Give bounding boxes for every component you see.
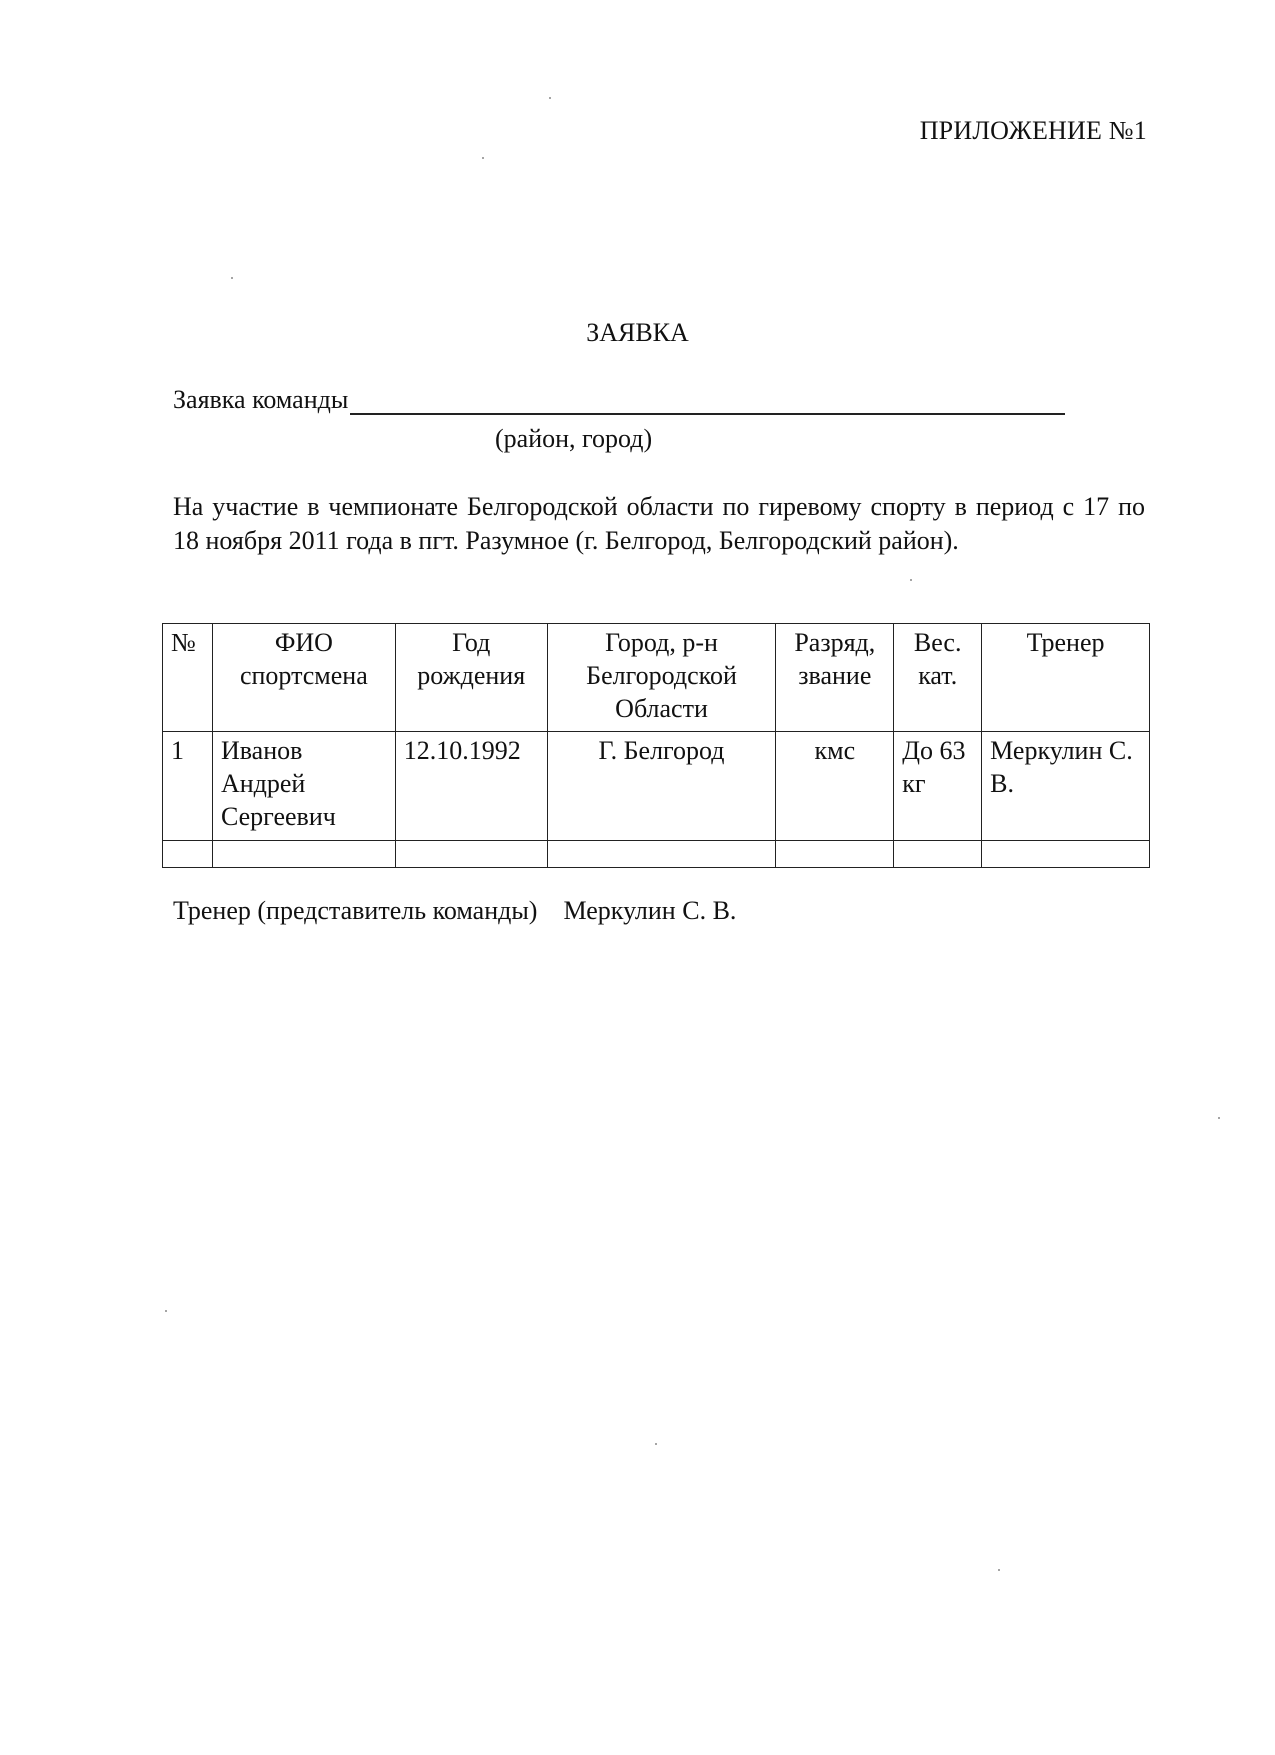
cell-rank [776,841,894,868]
cell-city: Г. Белгород [547,732,776,841]
scan-speck [910,579,912,581]
cell-rank: кмс [776,732,894,841]
header-birth-date: Год рождения [395,624,547,732]
cell-name [212,841,395,868]
header-city: Город, р-н Белгородской Области [547,624,776,732]
cell-coach [982,841,1150,868]
header-rank: Разряд, звание [776,624,894,732]
cell-coach: Меркулин С. В. [982,732,1150,841]
footer-value: Меркулин С. В. [563,896,736,925]
scan-speck [231,277,233,279]
scan-speck [549,97,551,99]
table-row [163,841,1150,868]
header-weight-class: Вес. кат. [894,624,982,732]
scan-speck [1218,1117,1220,1119]
cell-name: Иванов Андрей Сергеевич [212,732,395,841]
footer-signature: Тренер (представитель команды) Меркулин … [173,896,736,926]
team-hint: (район, город) [495,424,652,454]
cell-number: 1 [163,732,213,841]
table-header-row: № ФИО спортсмена Год рождения Город, р-н… [163,624,1150,732]
intro-paragraph: На участие в чемпионате Белгородской обл… [173,490,1145,558]
scan-speck [998,1569,1000,1571]
cell-number [163,841,213,868]
document-title: ЗАЯВКА [0,318,1275,348]
cell-birth-date: 12.10.1992 [395,732,547,841]
scan-speck [655,1443,657,1445]
cell-city [547,841,776,868]
team-label: Заявка команды [173,385,348,415]
footer-label: Тренер (представитель команды) [173,896,537,925]
team-blank-line [350,385,1065,415]
header-name: ФИО спортсмена [212,624,395,732]
appendix-label: ПРИЛОЖЕНИЕ №1 [920,116,1147,146]
table-row: 1 Иванов Андрей Сергеевич 12.10.1992 Г. … [163,732,1150,841]
cell-weight-class [894,841,982,868]
roster-table: № ФИО спортсмена Год рождения Город, р-н… [162,623,1150,868]
scan-speck [482,157,484,159]
cell-weight-class: До 63 кг [894,732,982,841]
header-number: № [163,624,213,732]
header-coach: Тренер [982,624,1150,732]
scan-speck [165,1310,167,1312]
team-field: Заявка команды [173,385,1065,415]
cell-birth-date [395,841,547,868]
